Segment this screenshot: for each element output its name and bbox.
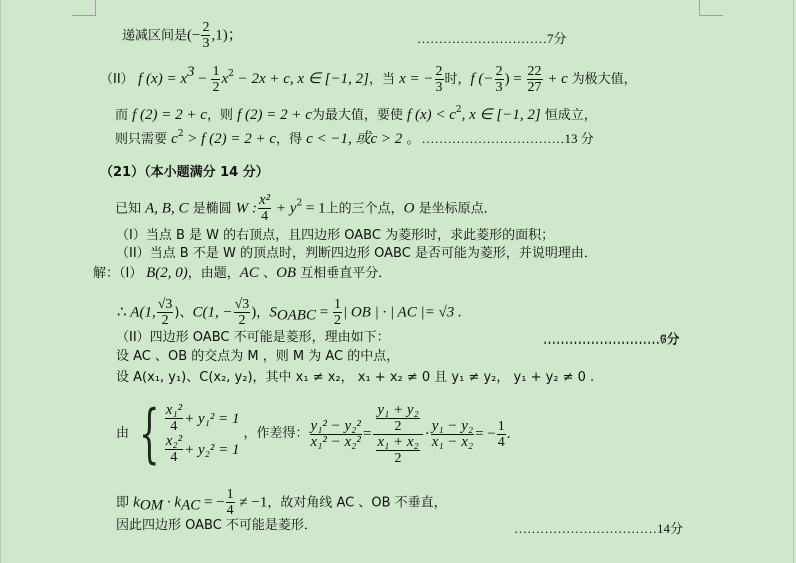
denominator: 4 bbox=[260, 209, 269, 224]
text: 互相垂直平分． bbox=[296, 266, 391, 281]
part-label: （II） bbox=[100, 72, 134, 87]
numerator: 2 bbox=[435, 64, 444, 80]
text: 是坐标原点． bbox=[415, 202, 497, 217]
question-2: （II）当点 B 不是 W 的顶点时，判断四边形 OABC 是否可能为菱形，并说… bbox=[116, 245, 597, 263]
fraction: 12 bbox=[333, 297, 342, 328]
text: | OB | · | AC |= √3 . bbox=[343, 305, 462, 321]
denominator: x₁² − x₂² bbox=[310, 435, 362, 450]
text: 已知 bbox=[115, 202, 145, 217]
text: A, B, C bbox=[145, 201, 188, 217]
denominator: x₁ − x₂ bbox=[431, 435, 474, 450]
text: f (2) = 2 + c bbox=[132, 107, 207, 123]
points-definition-line: 设 A(x₁, y₁)、C(x₂, y₂)，其中 x₁ ≠ x₂， x₁ + x… bbox=[116, 369, 594, 387]
text: ，当 bbox=[369, 72, 399, 87]
denominator: 2 bbox=[333, 313, 342, 328]
page-left-edge bbox=[0, 0, 1, 563]
text: 为极大值， bbox=[572, 72, 637, 87]
text: · k bbox=[163, 495, 181, 511]
fraction: 14 bbox=[497, 419, 506, 450]
text: 为最大值，要使 bbox=[312, 108, 407, 123]
numerator: 2 bbox=[201, 20, 210, 36]
fraction: x₁²4 bbox=[165, 403, 183, 434]
numerator: 1 bbox=[497, 419, 506, 435]
text: f (x) < c bbox=[407, 107, 456, 123]
text: ) = bbox=[505, 71, 526, 87]
subscript: AC bbox=[181, 498, 200, 514]
numerator: y₁ − y₂ bbox=[431, 419, 474, 435]
numerator: x₁ + x₂ bbox=[376, 435, 419, 451]
text: f (x) = x bbox=[138, 71, 187, 87]
therefore-symbol: ∴ bbox=[117, 305, 130, 321]
text: OB bbox=[276, 265, 296, 281]
fraction: x²4 bbox=[258, 193, 271, 224]
text: f (− bbox=[471, 71, 494, 87]
numerator: 1 bbox=[226, 487, 235, 503]
text: x = − bbox=[399, 71, 433, 87]
numerator: y₁ + y₂2 bbox=[373, 403, 422, 435]
text: · bbox=[425, 425, 430, 443]
text: ,1)； bbox=[211, 28, 242, 44]
text: + y bbox=[272, 201, 296, 217]
text: c < −1, 或c > 2 bbox=[306, 131, 402, 147]
part2-line3: 则只需要 c2 > f (2) = 2 + c，得 c < −1, 或c > 2… bbox=[115, 125, 594, 149]
text: 上的三个点， bbox=[326, 202, 404, 217]
solution-part1-line: 解：（I） B(2, 0)，由题，AC 、OB 互相垂直平分． bbox=[93, 264, 391, 283]
problem-21-heading: （21）（本小题满分 14 分） bbox=[100, 163, 269, 182]
text: + y₂² = 1 bbox=[184, 441, 239, 459]
subscript: OABC bbox=[277, 308, 316, 324]
numerator: 1 bbox=[211, 64, 220, 80]
equation-2: x₂²4 + y₂² = 1 bbox=[164, 434, 240, 465]
text: ，作差得： bbox=[243, 425, 308, 443]
intersection-line: 设 AC 、OB 的交点为 M ，则 M 为 AC 的中点， bbox=[116, 348, 399, 366]
fraction: √32 bbox=[157, 297, 174, 328]
text: )、 bbox=[174, 306, 192, 321]
denominator: 2 bbox=[211, 80, 220, 95]
score-13: ……………………………13 分 bbox=[421, 131, 593, 146]
subscript: OM bbox=[140, 498, 163, 514]
text: f (2) = 2 + c bbox=[237, 107, 312, 123]
denominator: 4 bbox=[169, 419, 178, 434]
slope-product-line: 即 kOM · kAC = −14 ≠ −1，故对角线 AC 、OB 不垂直， bbox=[116, 487, 447, 518]
text: + c bbox=[544, 71, 572, 87]
text: (− bbox=[187, 28, 200, 44]
fraction: y₁ + y₂2 bbox=[376, 403, 419, 434]
numerator: y₁² − y₂² bbox=[310, 419, 362, 435]
numerator: x₁² bbox=[165, 403, 183, 419]
margin-corner-mark-right bbox=[699, 0, 723, 16]
text: B(2, 0) bbox=[142, 265, 187, 281]
denominator: 2 bbox=[161, 313, 170, 328]
text: ， bbox=[256, 306, 269, 321]
score-7: ………………………7分 bbox=[543, 329, 680, 348]
fraction: x₂²4 bbox=[165, 434, 183, 465]
numerator: x² bbox=[258, 193, 271, 209]
problem-21-given: 已知 A, B, C 是椭圆 W :x²4 + y2 = 1上的三个点，O 是坐… bbox=[115, 193, 497, 224]
margin-corner-mark-left bbox=[72, 0, 96, 16]
fraction: 23 bbox=[495, 64, 504, 95]
part2-line2: 而 f (2) = 2 + c，则 f (2) = 2 + c为最大值，要使 f… bbox=[115, 101, 597, 125]
left-brace-icon: { bbox=[139, 402, 159, 466]
fraction: 2227 bbox=[527, 64, 543, 95]
heading-text: （21）（本小题满分 14 分） bbox=[100, 165, 269, 180]
text: = bbox=[316, 305, 332, 321]
text: − bbox=[194, 71, 210, 87]
text: = − bbox=[475, 425, 496, 443]
numerator: 2 bbox=[495, 64, 504, 80]
text: ≠ −1 bbox=[236, 495, 268, 511]
part2-line1: （II） f (x) = x3 − 12x2 − 2x + c, x ∈ [−1… bbox=[100, 63, 637, 95]
text: , x ∈ [−1, 2] bbox=[462, 107, 541, 123]
numerator: √3 bbox=[157, 297, 174, 313]
denominator: x₁ + x₂2 bbox=[375, 435, 420, 466]
text: + y₁² = 1 bbox=[184, 410, 239, 428]
denominator: 2 bbox=[394, 419, 403, 434]
part2-answer: （II）四边形 OABC 不可能是菱形，理由如下： bbox=[116, 329, 390, 347]
text: 递减区间是 bbox=[122, 29, 187, 44]
fraction: √32 bbox=[234, 297, 251, 328]
fraction: 23 bbox=[201, 20, 210, 51]
numerator: x₂² bbox=[165, 434, 183, 450]
fraction: 23 bbox=[435, 64, 444, 95]
denominator: 4 bbox=[497, 435, 506, 450]
numerator: √3 bbox=[234, 297, 251, 313]
text: 恒成立， bbox=[541, 108, 597, 123]
text: AC bbox=[240, 265, 259, 281]
text: = bbox=[363, 425, 371, 443]
score-7-part1: …………………………7分 bbox=[417, 28, 567, 47]
text: > f (2) = 2 + c bbox=[184, 131, 276, 147]
fraction: 12 bbox=[211, 64, 220, 95]
text: ，故对角线 AC 、OB 不垂直， bbox=[267, 496, 446, 511]
equation-system: x₁²4 + y₁² = 1 x₂²4 + y₂² = 1 bbox=[164, 403, 240, 465]
denominator: 3 bbox=[495, 80, 504, 95]
solution-label: 解：（I） bbox=[93, 266, 142, 281]
text: 、 bbox=[259, 266, 276, 281]
denominator: 4 bbox=[169, 450, 178, 465]
text: A(1, bbox=[130, 305, 155, 321]
text: ，则 bbox=[207, 108, 237, 123]
text: 。 bbox=[402, 132, 419, 147]
denominator: 2 bbox=[394, 451, 403, 466]
page-right-edge bbox=[793, 0, 794, 563]
text: 即 bbox=[116, 496, 133, 511]
text: ，由题， bbox=[188, 266, 240, 281]
fraction: x₁ + x₂2 bbox=[376, 435, 419, 466]
denominator: 3 bbox=[201, 36, 210, 51]
fraction: 14 bbox=[226, 487, 235, 518]
denominator: 27 bbox=[527, 80, 543, 95]
text: ，得 bbox=[276, 132, 306, 147]
text: k bbox=[133, 495, 140, 511]
text: = − bbox=[200, 495, 224, 511]
text: 时， bbox=[445, 72, 471, 87]
text: C(1, − bbox=[192, 305, 232, 321]
denominator: 2 bbox=[237, 313, 246, 328]
decreasing-interval-line: 递减区间是(−23,1)； bbox=[122, 20, 243, 51]
conclusion-line: 因此四边形 OABC 不可能是菱形． bbox=[116, 517, 317, 535]
text: 是椭圆 bbox=[188, 202, 235, 217]
midpoint-ratio-fraction: y₁ + y₂2 x₁ + x₂2 bbox=[373, 403, 422, 466]
numerator: 22 bbox=[527, 64, 543, 80]
text: c bbox=[171, 131, 178, 147]
fraction: y₁ − y₂x₁ − x₂ bbox=[431, 419, 474, 450]
numerator: 1 bbox=[333, 297, 342, 313]
question-1: （I）当点 B 是 W 的右顶点，且四边形 OABC 为菱形时，求此菱形的面积； bbox=[116, 227, 554, 245]
denominator: 4 bbox=[226, 503, 235, 518]
score-14: ……………………………14分 bbox=[514, 518, 683, 537]
text: 由 bbox=[116, 425, 129, 443]
area-line: ∴ A(1,√32)、C(1, −√32)，SOABC = 12| OB | ·… bbox=[117, 297, 462, 328]
fraction: y₁² − y₂²x₁² − x₂² bbox=[310, 419, 362, 450]
denominator: 3 bbox=[435, 80, 444, 95]
text: 则只需要 bbox=[115, 132, 171, 147]
text: 而 bbox=[115, 108, 132, 123]
equation-system-line: 由 { x₁²4 + y₁² = 1 x₂²4 + y₂² = 1 ，作差得： … bbox=[116, 394, 511, 474]
text: O bbox=[404, 201, 415, 217]
equation-1: x₁²4 + y₁² = 1 bbox=[164, 403, 240, 434]
text: S bbox=[269, 305, 277, 321]
text: − 2x + c, x ∈ [−1, 2] bbox=[234, 71, 369, 87]
text: = 1 bbox=[302, 201, 325, 217]
text: W : bbox=[236, 201, 257, 217]
numerator: y₁ + y₂ bbox=[376, 403, 419, 419]
text: . bbox=[507, 425, 511, 443]
